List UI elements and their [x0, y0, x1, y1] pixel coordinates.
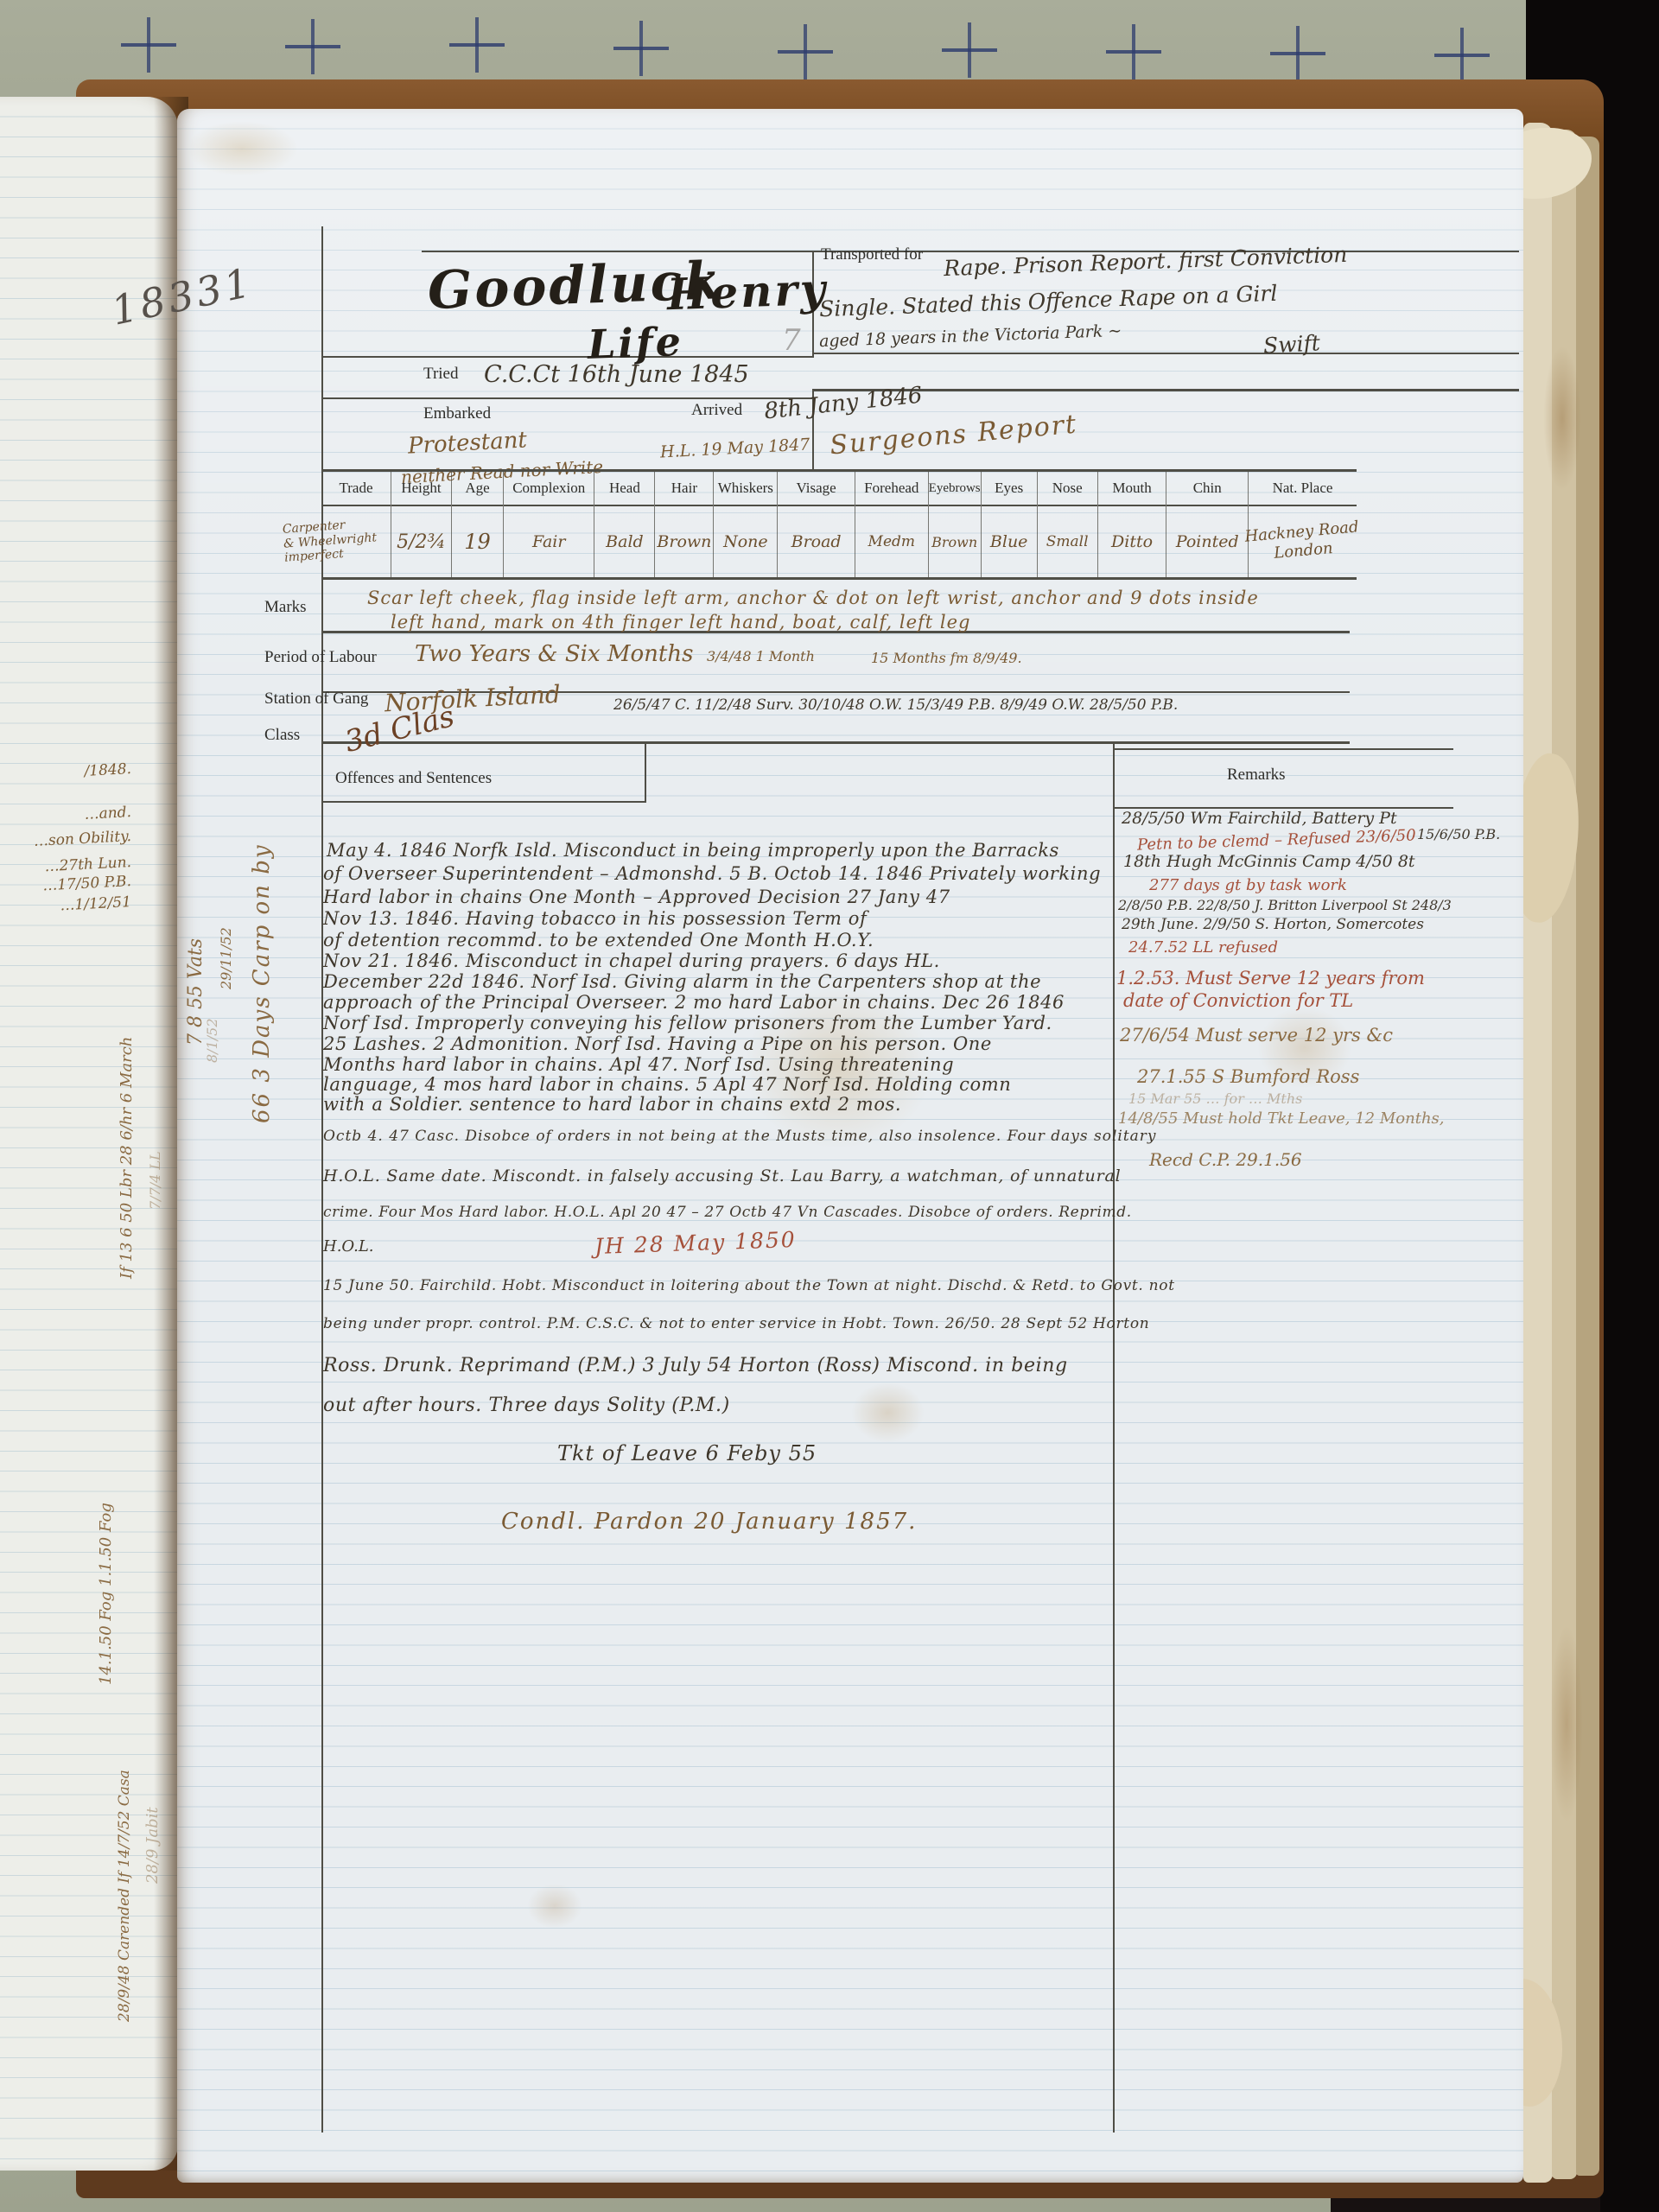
offence-line: 15 June 50. Fairchild. Hobt. Misconduct …: [323, 1277, 1175, 1294]
offence-line: of Overseer Superintendent – Admonshd. 5…: [323, 863, 1101, 884]
offence-line: out after hours. Three days Solity (P.M.…: [323, 1395, 730, 1416]
column-header: Nose: [1038, 472, 1097, 506]
form-rule: [321, 356, 812, 358]
column-header: Eyes: [982, 472, 1037, 506]
table-column: Eyes Blue: [982, 472, 1038, 577]
period-note: 3/4/48 1 Month: [707, 648, 815, 664]
table-cell: Carpenter & Wheelwright imperfect: [281, 504, 355, 579]
marks-line: left hand, mark on 4th finger left hand,…: [391, 612, 971, 632]
remark-entry: 18th Hugh McGinnis Camp 4/50 8t: [1123, 852, 1415, 871]
remark-entry: 277 days gt by task work: [1149, 876, 1347, 894]
column-header: Chin: [1166, 472, 1248, 506]
offence-line: Months hard labor in chains. Apl 47. Nor…: [323, 1054, 954, 1075]
form-rule: [1115, 748, 1453, 750]
margin-annotation: 28/9 Jabit: [143, 1807, 162, 1884]
table-cell: Small: [1038, 506, 1097, 577]
margin-annotation: 28/9/48 Carended If 14/7/52 Casa: [116, 1770, 133, 2022]
form-rule: [422, 251, 1519, 252]
table-cell: Ditto: [1098, 506, 1166, 577]
cross-bar: [147, 17, 150, 73]
column-header: Hair: [655, 472, 713, 506]
offence-line: being under propr. control. P.M. C.S.C. …: [323, 1315, 1149, 1332]
offence-line: H.O.L. Same date. Miscondt. in falsely a…: [323, 1166, 1121, 1185]
table-column: Visage Broad: [778, 472, 855, 577]
registration-cross-icon: [449, 17, 505, 73]
offence-line: with a Soldier. sentence to hard labor i…: [323, 1094, 901, 1115]
remark-entry: 15 Mar 55 … for … Mths: [1128, 1090, 1302, 1107]
cross-bar: [475, 17, 479, 73]
offence-line: Nov 13. 1846. Having tobacco in his poss…: [323, 908, 867, 929]
offences-section-label: Offences and Sentences: [335, 769, 492, 788]
class-label: Class: [264, 726, 300, 745]
ship-name: Swift: [1262, 330, 1320, 358]
registration-cross-icon: [1106, 24, 1161, 79]
remark-entry: 15/6/50 P.B.: [1417, 826, 1500, 842]
registration-cross-icon: [778, 24, 833, 79]
offence-line: crime. Four Mos Hard labor. H.O.L. Apl 2…: [323, 1204, 1132, 1221]
offence-line: of detention recommd. to be extended One…: [323, 930, 874, 950]
cross-bar: [804, 24, 807, 79]
form-rule: [321, 397, 812, 399]
table-cell: Hackney Road London: [1246, 502, 1360, 582]
table-cell: Brown: [929, 506, 981, 577]
period-of-labour-value: Two Years & Six Months: [415, 641, 693, 667]
offence-line: H.O.L.: [323, 1237, 374, 1255]
form-rule-vertical: [1113, 744, 1115, 2133]
table-cell: 5/2¾: [391, 506, 451, 577]
table-cell: 19: [452, 506, 503, 577]
table-cell: Fair: [504, 506, 594, 577]
marks-line: Scar left cheek, flag inside left arm, a…: [367, 588, 1259, 608]
gang-movements: 26/5/47 C. 11/2/48 Surv. 30/10/48 O.W. 1…: [613, 696, 1178, 714]
offence-line: December 22d 1846. Norf Isd. Giving alar…: [323, 971, 1041, 992]
offence-line: May 4. 1846 Norfk Isld. Misconduct in be…: [327, 840, 1059, 861]
embarked-label: Embarked: [423, 404, 491, 423]
right-page: [177, 109, 1523, 2183]
table-column: Forehead Medm: [855, 472, 929, 577]
offence-line: Norf Isd. Improperly conveying his fello…: [323, 1013, 1052, 1033]
column-header: Forehead: [855, 472, 928, 506]
remarks-section-label: Remarks: [1227, 766, 1286, 785]
station-of-gang-label: Station of Gang: [264, 690, 368, 709]
remark-entry: 27.1.55 S Bumford Ross: [1137, 1066, 1359, 1087]
margin-annotation: 66 3 Days Carp on by: [249, 843, 275, 1123]
table-column: Whiskers None: [714, 472, 778, 577]
margin-annotation: 8/1/52: [204, 1019, 220, 1064]
registration-cross-icon: [121, 17, 176, 73]
cross-bar: [311, 19, 315, 74]
remark-entry: Recd C.P. 29.1.56: [1149, 1149, 1302, 1170]
table-column: Chin Pointed: [1166, 472, 1249, 577]
table-column: Trade Carpenter & Wheelwright imperfect: [321, 472, 391, 577]
form-rule: [812, 353, 1519, 354]
nat-place-line: London: [1273, 539, 1333, 563]
column-header: Nat. Place: [1249, 472, 1357, 506]
remark-entry: 27/6/54 Must serve 12 yrs &c: [1120, 1025, 1393, 1046]
scanned-register-photo: /1848. …and. …son Obility. …27th Lun. …1…: [0, 0, 1659, 2212]
table-column: Eyebrows Brown: [929, 472, 982, 577]
table-cell: Bald: [594, 506, 654, 577]
table-cell: None: [714, 506, 777, 577]
table-column: Nose Small: [1038, 472, 1098, 577]
table-cell: Blue: [982, 506, 1037, 577]
registration-cross-icon: [1434, 28, 1490, 83]
page-edge-strip: [1576, 137, 1599, 2176]
conditional-pardon: Condl. Pardon 20 January 1857.: [501, 1509, 917, 1535]
margin-annotation: 14.1.50 Fog 1.1.50 Fog: [97, 1503, 115, 1685]
offence-line: Hard labor in chains One Month – Approve…: [323, 887, 950, 907]
black-backdrop: [1597, 0, 1659, 2212]
remark-entry: 28/5/50 Wm Fairchild, Battery Pt: [1122, 809, 1397, 828]
cross-bar: [1132, 24, 1135, 79]
registration-cross-icon: [285, 19, 340, 74]
registration-cross-icon: [613, 21, 669, 76]
registration-cross-icon: [1270, 26, 1325, 81]
table-column: Nat. Place Hackney Road London: [1249, 472, 1357, 577]
tried-value: C.C.Ct 16th June 1845: [484, 361, 749, 388]
column-header: Mouth: [1098, 472, 1166, 506]
offence-line: 25 Lashes. 2 Admonition. Norf Isd. Havin…: [323, 1033, 992, 1054]
cross-bar: [1296, 26, 1300, 81]
pencil-mark: 7: [782, 323, 801, 358]
given-name: Henry: [666, 264, 829, 320]
offence-line: approach of the Principal Overseer. 2 mo…: [323, 992, 1065, 1013]
table-column: Height 5/2¾: [391, 472, 452, 577]
cross-bar: [968, 22, 971, 78]
cross-bar: [639, 21, 643, 76]
offence-line: Ross. Drunk. Reprimand (P.M.) 3 July 54 …: [323, 1355, 1068, 1376]
column-header: Eyebrows: [929, 472, 981, 506]
column-header: Head: [594, 472, 654, 506]
period-note: 15 Months fm 8/9/49.: [871, 650, 1022, 666]
table-cell: Pointed: [1166, 506, 1248, 577]
page-edge-strip: [1523, 123, 1553, 2183]
table-column: Age 19: [452, 472, 504, 577]
table-cell: Brown: [655, 506, 713, 577]
page-edge-strip: [1552, 130, 1577, 2179]
column-header: Height: [391, 472, 451, 506]
table-cell: Broad: [778, 506, 855, 577]
description-table: Trade Carpenter & Wheelwright imperfect …: [321, 469, 1357, 580]
margin-annotation: 7/7/4 LL: [147, 1151, 163, 1210]
margin-annotation: If 13 6 50 Lbr 28 6/hr 6 March: [118, 1037, 136, 1279]
remark-entry: 1.2.53. Must Serve 12 years from: [1116, 968, 1425, 988]
ticket-of-leave: Tkt of Leave 6 Feby 55: [557, 1441, 817, 1465]
column-header: Trade: [321, 472, 391, 506]
margin-annotation: 29/11/52: [218, 927, 234, 989]
period-of-labour-label: Period of Labour: [264, 648, 377, 667]
offence-line: Octb 4. 47 Casc. Disobce of orders in no…: [323, 1128, 1157, 1145]
offence-line: Nov 21. 1846. Misconduct in chapel durin…: [323, 950, 940, 971]
table-column: Head Bald: [594, 472, 655, 577]
remark-entry: 24.7.52 LL refused: [1128, 938, 1278, 957]
table-column: Hair Brown: [655, 472, 714, 577]
table-cell: Medm: [855, 506, 928, 577]
column-header: Visage: [778, 472, 855, 506]
offence-line: language, 4 mos hard labor in chains. 5 …: [323, 1074, 1011, 1095]
column-header: Whiskers: [714, 472, 777, 506]
remark-entry: 14/8/55 Must hold Tkt Leave, 12 Months,: [1118, 1109, 1445, 1128]
table-column: Complexion Fair: [504, 472, 594, 577]
marks-label: Marks: [264, 598, 307, 617]
remark-entry: date of Conviction for TL: [1123, 990, 1353, 1011]
column-header: Age: [452, 472, 503, 506]
trade-line: imperfect: [284, 547, 345, 566]
tried-label: Tried: [423, 365, 458, 384]
cross-bar: [1460, 28, 1464, 83]
registration-cross-icon: [942, 22, 997, 78]
remark-entry: 2/8/50 P.B. 22/8/50 J. Britton Liverpool…: [1118, 897, 1452, 913]
remark-entry: 29th June. 2/9/50 S. Horton, Somercotes: [1122, 916, 1424, 933]
table-column: Mouth Ditto: [1098, 472, 1167, 577]
arrived-label: Arrived: [691, 401, 742, 420]
transported-for-label: Transported for: [821, 245, 923, 264]
column-header: Complexion: [504, 472, 594, 506]
